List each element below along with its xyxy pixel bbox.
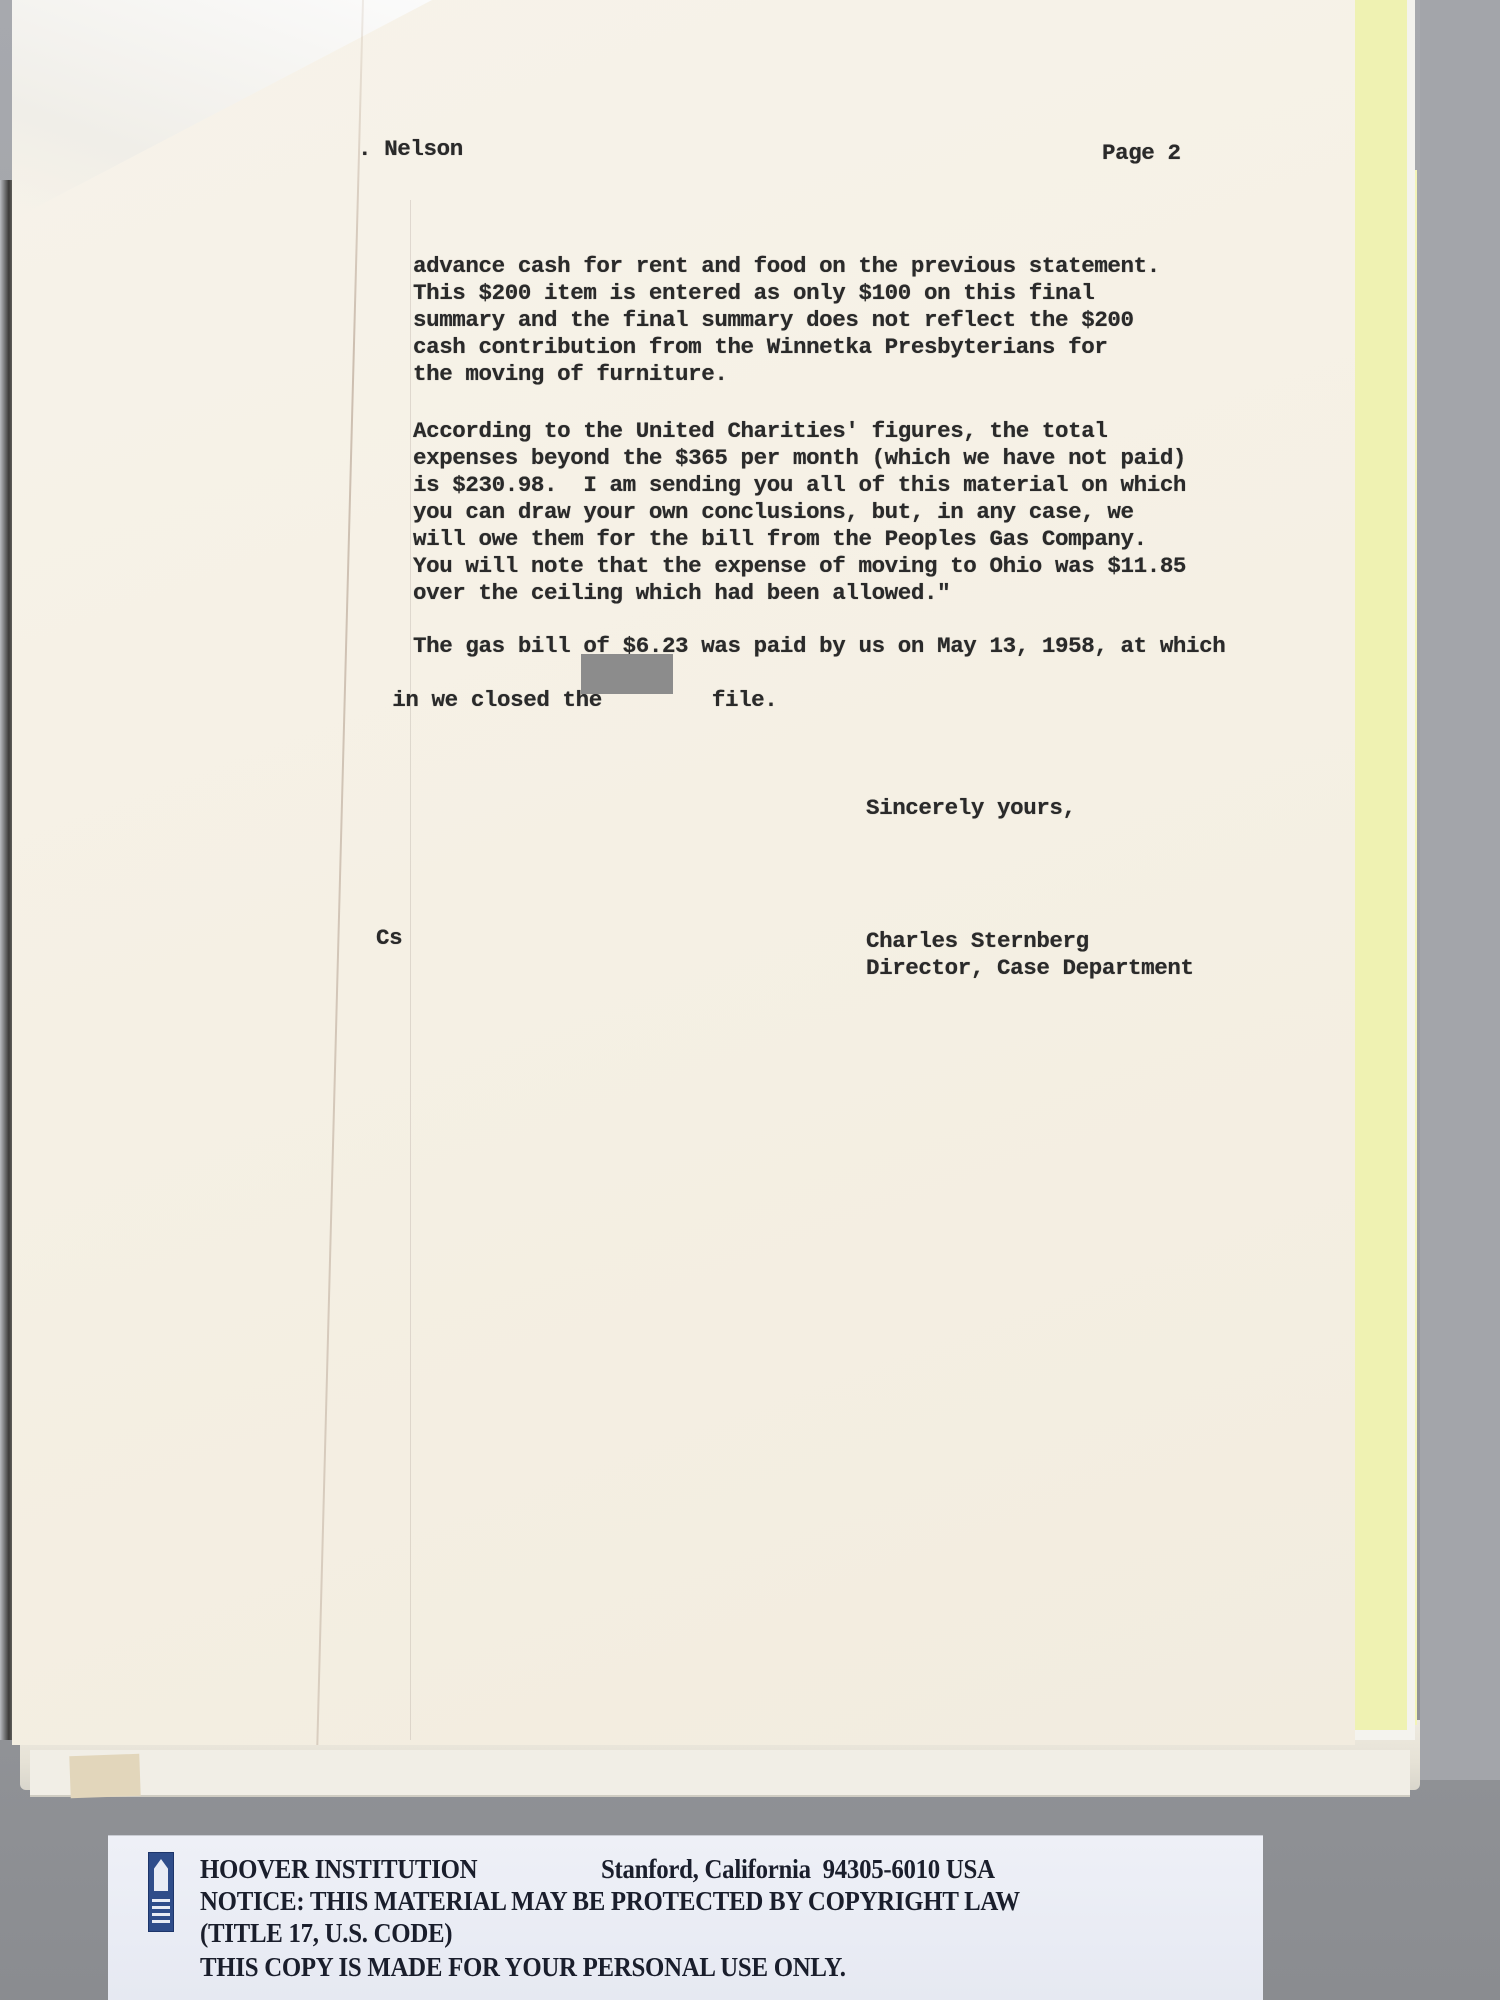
page-fold-line <box>316 0 364 1745</box>
paragraph-2-line: is $230.98. I am sending you all of this… <box>413 472 1186 499</box>
copyright-notice: NOTICE: THIS MATERIAL MAY BE PROTECTED B… <box>200 1886 1020 1917</box>
paragraph-2-line: you can draw your own conclusions, but, … <box>413 499 1186 526</box>
paragraph-2-line: According to the United Charities' figur… <box>413 418 1186 445</box>
folded-corner <box>12 0 432 220</box>
paper-tab-note <box>69 1754 140 1798</box>
signer-title: Director, Case Department <box>866 955 1194 982</box>
institution-address: Stanford, California 94305-6010 USA <box>601 1854 995 1885</box>
paragraph-1-line: summary and the final summary does not r… <box>413 307 1160 334</box>
paragraph-3-line-2: in we closed thefile. <box>366 660 777 714</box>
paragraph-2: According to the United Charities' figur… <box>413 418 1186 607</box>
page-number: Page 2 <box>1102 140 1181 167</box>
paragraph-3-line-1: The gas bill of $6.23 was paid by us on … <box>413 633 1225 660</box>
closing: Sincerely yours, <box>866 795 1076 822</box>
personal-use-notice: THIS COPY IS MADE FOR YOUR PERSONAL USE … <box>200 1952 846 1983</box>
paragraph-1: advance cash for rent and food on the pr… <box>413 253 1160 388</box>
paragraph-1-line: This $200 item is entered as only $100 o… <box>413 280 1160 307</box>
paragraph-1-line: advance cash for rent and food on the pr… <box>413 253 1160 280</box>
paragraph-2-line: expenses beyond the $365 per month (whic… <box>413 445 1186 472</box>
cc-fragment: Cs <box>376 925 402 952</box>
signer-name: Charles Sternberg <box>866 928 1089 955</box>
paragraph-2-line: You will note that the expense of moving… <box>413 553 1186 580</box>
paragraph-2-line: will owe them for the bill from the Peop… <box>413 526 1186 553</box>
paragraph-1-line: the moving of furniture. <box>413 361 1160 388</box>
paragraph-1-line: cash contribution from the Winnetka Pres… <box>413 334 1160 361</box>
page-crease <box>410 200 411 1740</box>
paper-stack-lower-sheet <box>30 1750 1410 1797</box>
table-right-strip <box>1420 0 1500 1780</box>
institution-name: HOOVER INSTITUTION <box>200 1854 477 1885</box>
redaction-box <box>581 654 673 694</box>
code-reference: (TITLE 17, U.S. CODE) <box>200 1918 452 1949</box>
yellow-sheet-right-edge <box>1352 0 1407 1730</box>
recipient-header: . Nelson <box>358 136 463 163</box>
paragraph-2-line: over the ceiling which had been allowed.… <box>413 580 1186 607</box>
copyright-notice-label: HOOVER INSTITUTION Stanford, California … <box>108 1836 1263 2000</box>
paragraph-3-prefix: in we closed the <box>392 687 602 713</box>
hoover-tower-logo-icon <box>148 1852 174 1932</box>
paragraph-3-suffix: file. <box>712 687 778 713</box>
